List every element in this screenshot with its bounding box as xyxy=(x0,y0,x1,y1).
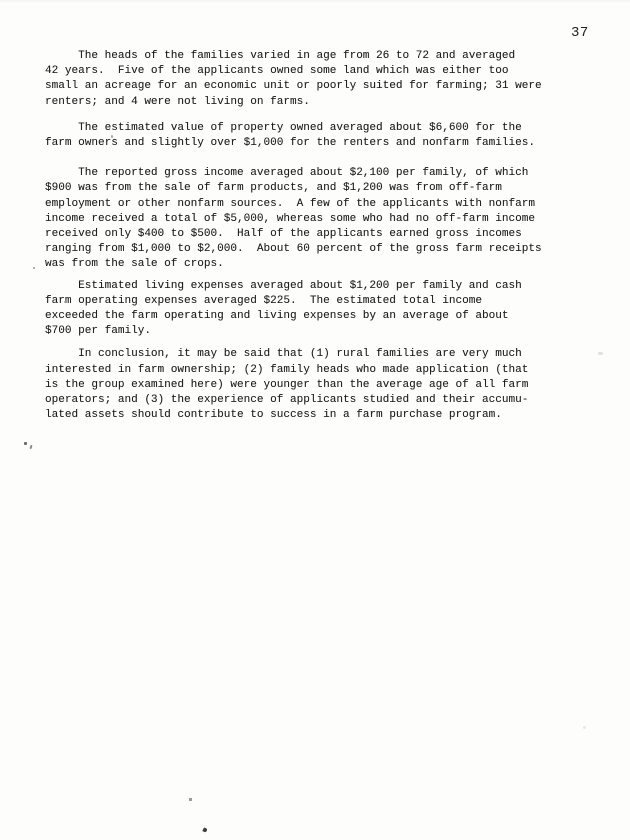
scan-speck xyxy=(583,726,586,729)
page-number: 37 xyxy=(571,25,589,41)
text-line: $700 per family. xyxy=(45,324,555,339)
text-line: Estimated living expenses averaged about… xyxy=(45,279,555,294)
text-line: In conclusion, it may be said that (1) r… xyxy=(45,347,555,362)
text-line: renters; and 4 were not living on farms. xyxy=(45,95,555,110)
paragraph: Estimated living expenses averaged about… xyxy=(45,279,555,340)
text-line: income received a total of $5,000, where… xyxy=(45,212,555,227)
text-line: The heads of the families varied in age … xyxy=(45,49,555,64)
scan-speck xyxy=(189,798,192,801)
paragraph: In conclusion, it may be said that (1) r… xyxy=(45,347,555,423)
scan-speck xyxy=(33,267,35,269)
text-line: was from the sale of crops. xyxy=(45,257,555,272)
paragraph: The estimated value of property owned av… xyxy=(45,121,555,151)
text-line: ranging from $1,000 to $2,000. About 60 … xyxy=(45,242,555,257)
paragraph: The heads of the families varied in age … xyxy=(45,49,555,110)
text-line: is the group examined here) were younger… xyxy=(45,378,555,393)
paragraph: The reported gross income averaged about… xyxy=(45,166,555,272)
text-line: small an acreage for an economic unit or… xyxy=(45,79,555,94)
text-line: 42 years. Five of the applicants owned s… xyxy=(45,64,555,79)
text-line: interested in farm ownership; (2) family… xyxy=(45,363,555,378)
scan-speck xyxy=(24,442,27,445)
text-line: The estimated value of property owned av… xyxy=(45,121,555,136)
text-line: employment or other nonfarm sources. A f… xyxy=(45,197,555,212)
scan-speck xyxy=(29,445,32,449)
text-line: exceeded the farm operating and living e… xyxy=(45,309,555,324)
document-page: 37 The heads of the families varied in a… xyxy=(0,0,630,840)
text-line: The reported gross income averaged about… xyxy=(45,166,555,181)
text-line: received only $400 to $500. Half of the … xyxy=(45,227,555,242)
text-line: farm operating expenses averaged $225. T… xyxy=(45,294,555,309)
text-line: operators; and (3) the experience of app… xyxy=(45,393,555,408)
text-line: farm owners and slightly over $1,000 for… xyxy=(45,136,555,151)
document-text: The heads of the families varied in age … xyxy=(45,49,555,423)
text-line: $900 was from the sale of farm products,… xyxy=(45,181,555,196)
scan-speck xyxy=(598,352,603,355)
scan-speck xyxy=(202,827,207,832)
text-line: lated assets should contribute to succes… xyxy=(45,408,555,423)
